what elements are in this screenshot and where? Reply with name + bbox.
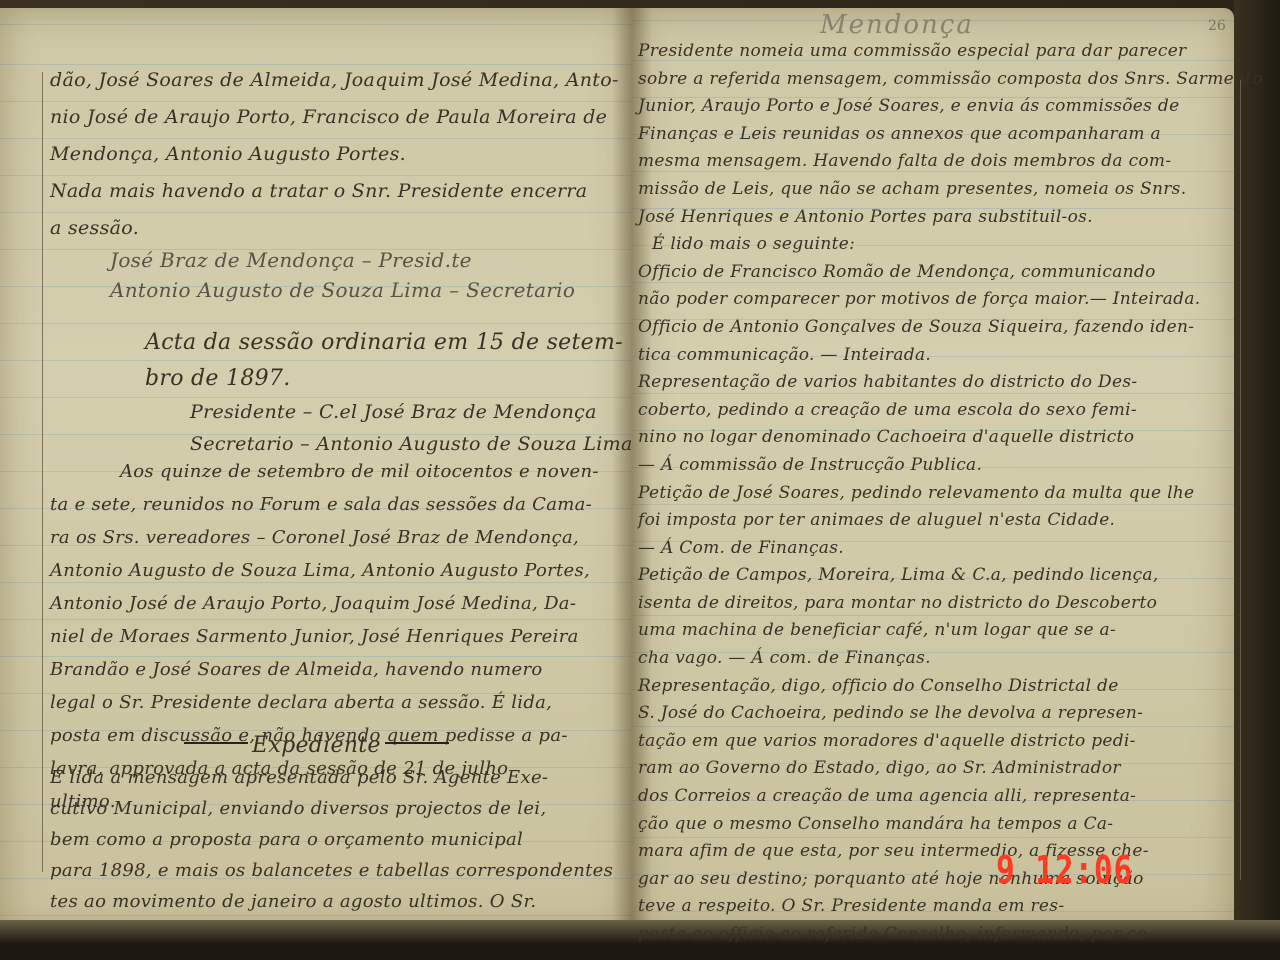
text-line: É lida a mensagem apresentada pelo Sr. A… <box>50 762 613 793</box>
open-ledger-book: dão, José Soares de Almeida, Joaquim Jos… <box>0 0 1280 960</box>
text-line: ção que o mesmo Conselho mandára ha temp… <box>638 811 1263 839</box>
text-line: tica communicação. — Inteirada. <box>638 342 1263 370</box>
text-line: dão, José Soares de Almeida, Joaquim Jos… <box>50 62 619 99</box>
left-margin-rule <box>42 72 43 872</box>
text-line: José Henriques e Antonio Portes para sub… <box>638 204 1263 232</box>
text-line: Finanças e Leis reunidas os annexos que … <box>638 121 1263 149</box>
expediente-heading: Expediente <box>180 728 453 764</box>
text-line: bem como a proposta para o orçamento mun… <box>50 824 613 855</box>
text-line: foi imposta por ter animaes de aluguel n… <box>638 507 1263 535</box>
text-line: Brandão e José Soares de Almeida, havend… <box>50 653 599 686</box>
text-line: cutivo Municipal, enviando diversos proj… <box>50 793 613 824</box>
text-line: Officio de Antonio Gonçalves de Souza Si… <box>638 314 1263 342</box>
section-heading-text: Expediente <box>252 733 381 758</box>
left-opening-text: dão, José Soares de Almeida, Joaquim Jos… <box>50 62 619 247</box>
text-line: posta ao officio ao referido Conselho, i… <box>638 921 1263 949</box>
text-line: teve a respeito. O Sr. Presidente manda … <box>638 893 1263 921</box>
text-line: Petição de Campos, Moreira, Lima & C.a, … <box>638 562 1263 590</box>
right-page-text: Presidente nomeia uma commissão especial… <box>638 38 1263 949</box>
text-line: dos Correios a creação de uma agencia al… <box>638 783 1263 811</box>
camera-timestamp-overlay: 9 12:06 <box>996 848 1133 892</box>
text-line: niel de Moraes Sarmento Junior, José Hen… <box>50 620 599 653</box>
text-line: gar ao seu destino; porquanto até hoje n… <box>638 866 1263 894</box>
text-line: a sessão. <box>50 210 619 247</box>
text-line: — Á Com. de Finanças. <box>638 535 1263 563</box>
minute-title-line: Acta da sessão ordinaria em 15 de setem- <box>145 325 623 361</box>
text-line: — Á commissão de Instrucção Publica. <box>638 452 1263 480</box>
text-line: Officio de Francisco Romão de Mendonça, … <box>638 259 1263 287</box>
officers-block: Presidente – C.el José Braz de Mendonça … <box>190 396 633 460</box>
text-line: sobre a referida mensagem, commissão com… <box>638 66 1263 94</box>
text-line: Antonio José de Araujo Porto, Joaquim Jo… <box>50 587 599 620</box>
text-line: para 1898, e mais os balancetes e tabell… <box>50 855 613 886</box>
text-line: não poder comparecer por motivos de forç… <box>638 286 1263 314</box>
text-line: ra os Srs. vereadores – Coronel José Bra… <box>50 521 599 554</box>
text-line: Mendonça, Antonio Augusto Portes. <box>50 136 619 173</box>
text-line: Presidente nomeia uma commissão especial… <box>638 38 1263 66</box>
text-line: coberto, pedindo a creação de uma escola… <box>638 397 1263 425</box>
text-line: Petição de José Soares, pedindo relevame… <box>638 480 1263 508</box>
text-line: Antonio Augusto de Souza Lima, Antonio A… <box>50 554 599 587</box>
text-line: cha vago. — Á com. de Finanças. <box>638 645 1263 673</box>
text-line: ta e sete, reunidos no Forum e sala das … <box>50 488 599 521</box>
text-line: nio José de Araujo Porto, Francisco de P… <box>50 99 619 136</box>
text-line: mesma mensagem. Havendo falta de dois me… <box>638 148 1263 176</box>
text-line: tes ao movimento de janeiro a agosto ult… <box>50 886 613 917</box>
heading-rule <box>184 742 248 744</box>
text-line: legal o Sr. Presidente declara aberta a … <box>50 686 599 719</box>
text-line: Junior, Araujo Porto e José Soares, e en… <box>638 93 1263 121</box>
text-line: É lido mais o seguinte: <box>638 231 1263 259</box>
expediente-body: É lida a mensagem apresentada pelo Sr. A… <box>50 762 613 917</box>
text-line: S. José do Cachoeira, pedindo se lhe dev… <box>638 700 1263 728</box>
text-line: missão de Leis, que não se acham present… <box>638 176 1263 204</box>
text-line: Representação de varios habitantes do di… <box>638 369 1263 397</box>
minute-title: Acta da sessão ordinaria em 15 de setem-… <box>145 325 623 397</box>
text-line: Nada mais havendo a tratar o Snr. Presid… <box>50 173 619 210</box>
heading-rule <box>385 742 449 744</box>
text-line: ram ao Governo do Estado, digo, ao Sr. A… <box>638 755 1263 783</box>
minute-title-line: bro de 1897. <box>145 361 623 397</box>
president-signature: José Braz de Mendonça – Presid.te <box>110 245 575 275</box>
president-line: Presidente – C.el José Braz de Mendonça <box>190 396 633 428</box>
secretary-signature: Antonio Augusto de Souza Lima – Secretar… <box>110 275 575 305</box>
text-line: tação em que varios moradores d'aquelle … <box>638 728 1263 756</box>
page-number: 26 <box>1208 18 1226 34</box>
text-line: Representação, digo, officio do Conselho… <box>638 673 1263 701</box>
text-line: mara afim de que esta, por seu intermedi… <box>638 838 1263 866</box>
text-line: uma machina de beneficiar café, n'um log… <box>638 617 1263 645</box>
text-line: nino no logar denominado Cachoeira d'aqu… <box>638 424 1263 452</box>
page-header-word: Mendonça <box>820 10 974 40</box>
text-line: isenta de direitos, para montar no distr… <box>638 590 1263 618</box>
text-line: Aos quinze de setembro de mil oitocentos… <box>50 455 599 488</box>
signatures-block: José Braz de Mendonça – Presid.te Antoni… <box>110 245 575 305</box>
